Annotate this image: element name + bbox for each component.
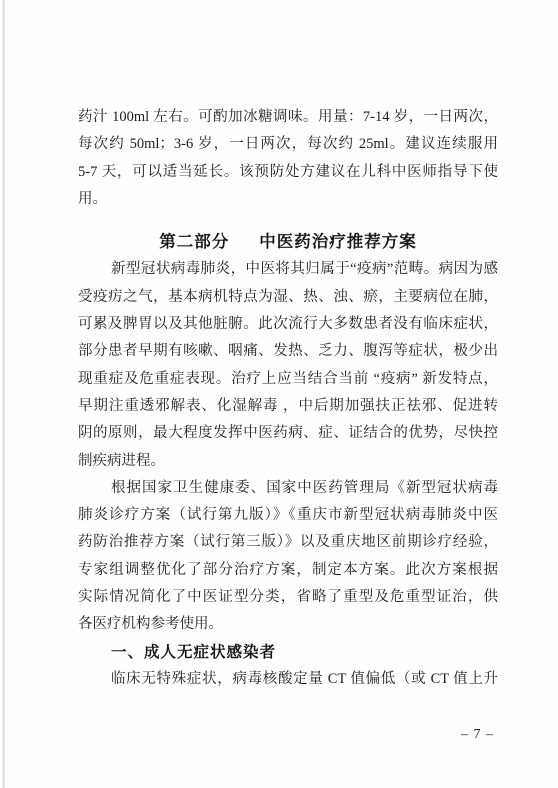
paragraph-line: 专家组调整优化了部分治疗方案，制定本方案。此次方案根据 bbox=[78, 557, 498, 584]
paragraph-line: 现重症及危重症表现。治疗上应当结合当前 “疫病” 新发特点， bbox=[78, 366, 498, 393]
paragraph-line: 用。 bbox=[78, 186, 498, 213]
paragraph-line: 部分患者早期有咳嗽、咽痛、发热、乏力、腹泻等症状，极少出 bbox=[78, 338, 498, 365]
text-block: 药汁 100ml 左右。可酌加冰糖调味。用量：7-14 岁，一日两次， 每次约 … bbox=[78, 104, 498, 693]
paragraph-line: 可累及脾胃以及其他脏腑。此次流行大多数患者没有临床症状， bbox=[78, 311, 498, 338]
paragraph-line: 新型冠状病毒肺炎，中医将其归属于“疫病”范畴。病因为感 bbox=[78, 256, 498, 283]
paragraph-line: 制疾病进程。 bbox=[78, 448, 498, 475]
paragraph-line: 每次约 50ml；3-6 岁，一日两次，每次约 25ml。建议连续服用 bbox=[78, 131, 498, 158]
paragraph-line: 各医疗机构参考使用。 bbox=[78, 611, 498, 638]
paragraph-line: 阴的原则，最大程度发挥中医药病、症、证结合的优势，尽快控 bbox=[78, 420, 498, 447]
subsection-heading: 一、成人无症状感染者 bbox=[78, 639, 498, 666]
section-heading-number: 第二部分 bbox=[159, 233, 229, 251]
scan-edge-line bbox=[2, 0, 5, 788]
paragraph-line: 药防治推荐方案（试行第三版）》以及重庆地区前期诊疗经验， bbox=[78, 529, 498, 556]
page-number: – 7 – bbox=[461, 727, 494, 743]
paragraph-line: 早期注重透邪解表、化湿解毒 ，中后期加强扶正祛邪、促进转 bbox=[78, 393, 498, 420]
paragraph-line: 5-7 天，可以适当延长。该预防处方建议在儿科中医师指导下使 bbox=[78, 159, 498, 186]
paragraph-line: 根据国家卫生健康委、国家中医药管理局《新型冠状病毒 bbox=[78, 475, 498, 502]
paragraph-line: 药汁 100ml 左右。可酌加冰糖调味。用量：7-14 岁，一日两次， bbox=[78, 104, 498, 131]
paragraph-line: 肺炎诊疗方案（试行第九版）》《重庆市新型冠状病毒肺炎中医 bbox=[78, 502, 498, 529]
paragraph-line: 受疫疠之气，基本病机特点为湿、热、浊、瘀，主要病位在肺， bbox=[78, 284, 498, 311]
paragraph-line: 实际情况简化了中医证型分类，省略了重型及危重型证治，供 bbox=[78, 584, 498, 611]
section-heading-title: 中医药治疗推荐方案 bbox=[259, 233, 417, 251]
document-page: 药汁 100ml 左右。可酌加冰糖调味。用量：7-14 岁，一日两次， 每次约 … bbox=[0, 0, 558, 788]
section-heading: 第二部分中医药治疗推荐方案 bbox=[78, 229, 498, 256]
paragraph-line: 临床无特殊症状，病毒核酸定量 CT 值偏低（或 CT 值上升 bbox=[78, 666, 498, 693]
